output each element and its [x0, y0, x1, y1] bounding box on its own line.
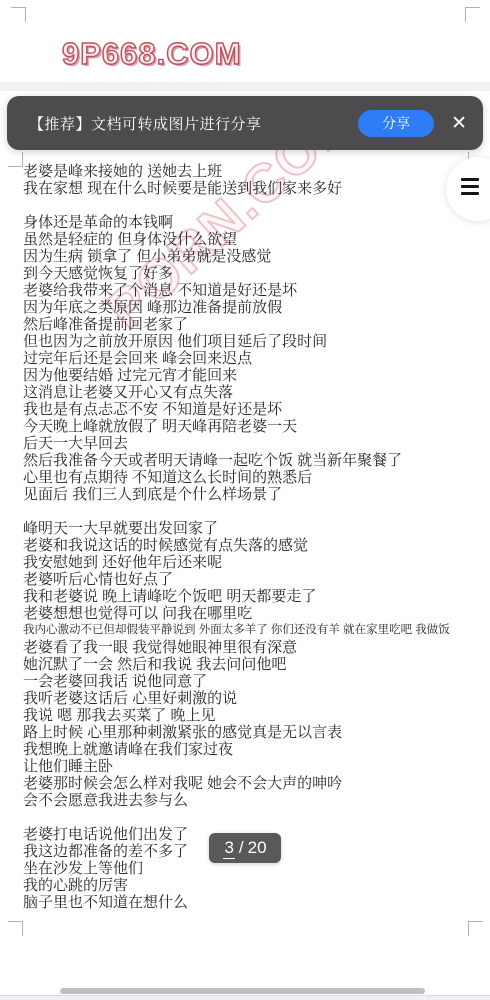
page3-corner-mark-top-left	[8, 152, 23, 167]
page3-corner-mark-bottom-right	[468, 921, 483, 936]
document-line: 老婆那时候会怎么样对我呢 她会不会大声的呻吟	[23, 775, 475, 792]
page-separator-glyph: /	[239, 838, 244, 858]
share-recommendation-banner: 【推荐】文档可转成图片进行分享 分享 ✕	[7, 96, 483, 150]
page2-corner-mark-right	[465, 7, 480, 22]
document-line: 老婆和我说这话的时候感觉有点失落的感觉	[23, 537, 475, 554]
page2-corner-mark-left	[11, 7, 26, 22]
page-separator	[0, 82, 490, 91]
document-line	[23, 503, 475, 520]
document-line: 峰明天一大早就要出发回家了	[23, 520, 475, 537]
document-line: 因为年底之类原因 峰那边准备提前放假	[23, 299, 475, 316]
document-line: 脑子里也不知道在想什么	[23, 894, 475, 911]
document-line: 让他们睡主卧	[23, 758, 475, 775]
document-line: 身体还是革命的本钱啊	[23, 214, 475, 231]
document-line: 一会老婆回我话 说他同意了	[23, 673, 475, 690]
document-line: 今天晚上峰就放假了 明天峰再陪老婆一天	[23, 418, 475, 435]
site-logo-watermark: 9P668.COM	[62, 36, 242, 72]
page-indicator-toast: 3 / 20	[209, 833, 281, 863]
share-button[interactable]: 分享	[358, 110, 434, 137]
document-line: 老婆听后心情也好点了	[23, 571, 475, 588]
document-line: 虽然是轻症的 但身体没什么欲望	[23, 231, 475, 248]
banner-label: 【推荐】文档可转成图片进行分享	[29, 113, 262, 134]
document-line	[23, 809, 475, 826]
document-line	[23, 197, 475, 214]
document-line: 她沉默了一会 然后和我说 我去问问他吧	[23, 656, 475, 673]
document-line: 老婆是峰来接她的 送她去上班	[23, 163, 475, 180]
total-pages-number: 20	[248, 838, 267, 858]
document-reader-screen: 9P668.COM PORN.COM 【推荐】文档可转成图片进行分享 分享 ✕ …	[0, 0, 490, 1000]
document-line: 心里也有点期待 不知道这么长时间的熟悉后	[23, 469, 475, 486]
document-line: 这消息让老婆又开心又有点失落	[23, 384, 475, 401]
document-line: 老婆想想也觉得可以 问我在哪里吃	[23, 605, 475, 622]
document-line: 老婆看了我一眼 我觉得她眼神里很有深意	[23, 639, 475, 656]
document-line: 过完年后还是会回来 峰会回来迟点	[23, 350, 475, 367]
current-page-number: 3	[223, 838, 234, 859]
document-line: 然后峰准备提前回老家了	[23, 316, 475, 333]
document-line: 我的心跳的厉害	[23, 877, 475, 894]
document-line: 我和老婆说 晚上请峰吃个饭吧 明天都要走了	[23, 588, 475, 605]
document-line: 我安慰她到 还好他年后还来呢	[23, 554, 475, 571]
document-line: 我也是有点忐忑不安 不知道是好还是坏	[23, 401, 475, 418]
scroll-progress-bar[interactable]	[60, 988, 425, 994]
hamburger-menu-icon	[461, 178, 479, 199]
document-line: 我在家想 现在什么时候要是能送到我们家来多好	[23, 180, 475, 197]
document-line: 然后我准备今天或者明天请峰一起吃个饭 就当新年聚餐了	[23, 452, 475, 469]
document-line: 我想晚上就邀请峰在我们家过夜	[23, 741, 475, 758]
document-line: 会不会愿意我进去参与么	[23, 792, 475, 809]
document-line: 见面后 我们三人到底是个什么样场景了	[23, 486, 475, 503]
document-line: 我内心激动不已但却假装平静说到 外面太多羊了 你们还没有羊 就在家里吃吧 我做饭	[23, 622, 475, 639]
bottom-edge-strip	[0, 995, 490, 1000]
document-line: 老婆给我带来了个消息 不知道是好还是坏	[23, 282, 475, 299]
document-line: 后天一大早回去	[23, 435, 475, 452]
document-line: 因为他要结婚 过完元宵才能回来	[23, 367, 475, 384]
document-text: 老婆是峰来接她的 送她去上班我在家想 现在什么时候要是能送到我们家来多好 身体还…	[23, 163, 475, 911]
document-line: 但也因为之前放开原因 他们项目延后了段时间	[23, 333, 475, 350]
document-line: 路上时候 心里那种刺激紧张的感觉真是无以言表	[23, 724, 475, 741]
page3-corner-mark-bottom-left	[8, 921, 23, 936]
document-line: 到今天感觉恢复了好多	[23, 265, 475, 282]
document-line: 因为生病 锁拿了 但小弟弟就是没感觉	[23, 248, 475, 265]
document-line: 我听老婆这话后 心里好刺激的说	[23, 690, 475, 707]
close-icon[interactable]: ✕	[451, 114, 467, 133]
document-line: 我说 嗯 那我去买菜了 晚上见	[23, 707, 475, 724]
